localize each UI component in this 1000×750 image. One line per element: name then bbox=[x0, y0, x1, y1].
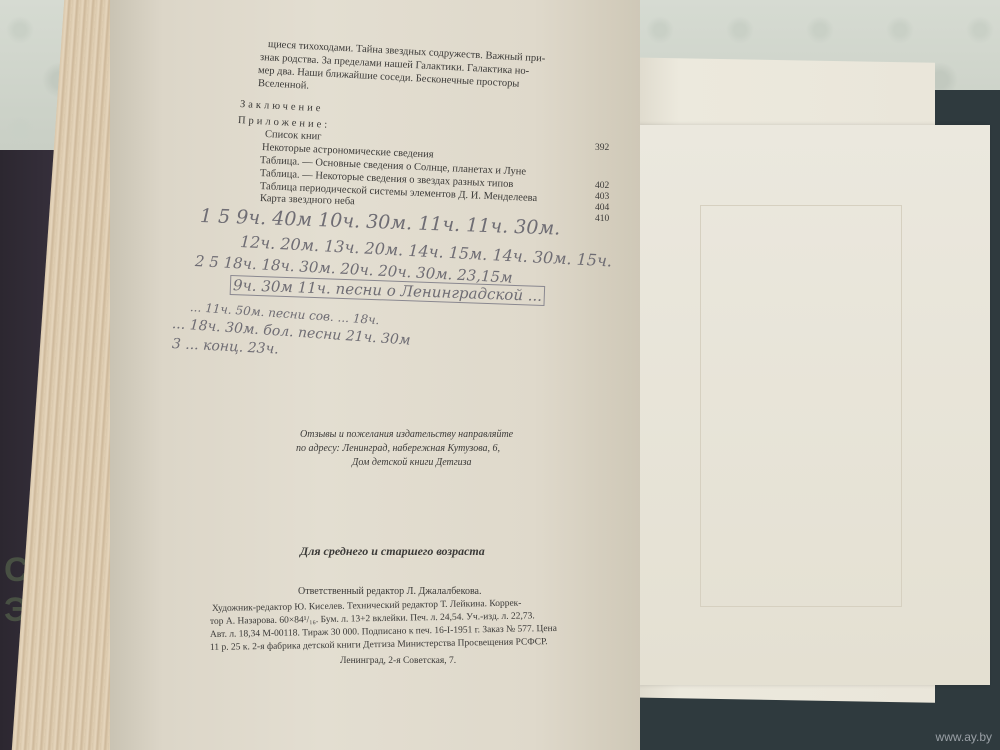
toc-page-number: 402 bbox=[595, 181, 609, 191]
feedback-note: Дом детской книги Детгиза bbox=[352, 456, 472, 469]
audience-label: Для среднего и старшего возраста bbox=[300, 545, 485, 558]
toc-page-number: 392 bbox=[595, 143, 609, 153]
toc-conclusion: Заключение bbox=[240, 98, 324, 115]
feedback-note: по адресу: Ленинград, набережная Кутузов… bbox=[296, 442, 500, 455]
left-page: щиеся тихоходами. Тайна звездных содруже… bbox=[110, 0, 640, 750]
imprint-line: Ленинград, 2-я Советская, 7. bbox=[340, 655, 456, 668]
toc-line: Вселенной. bbox=[258, 77, 310, 93]
handwritten-note: 3 ... конц. 23ч. bbox=[172, 336, 280, 358]
toc-page-number: 404 bbox=[595, 203, 609, 213]
editor-credit: Ответственный редактор Л. Джалалбекова. bbox=[298, 585, 482, 598]
feedback-note: Отзывы и пожелания издательству направля… bbox=[300, 428, 513, 441]
faint-frame bbox=[700, 205, 902, 607]
toc-entry: Карта звездного неба bbox=[260, 192, 355, 208]
toc-page-number: 410 bbox=[595, 214, 609, 224]
folded-insert-page bbox=[640, 125, 990, 685]
watermark: www.ay.by bbox=[936, 730, 992, 744]
toc-page-number: 403 bbox=[595, 192, 609, 202]
